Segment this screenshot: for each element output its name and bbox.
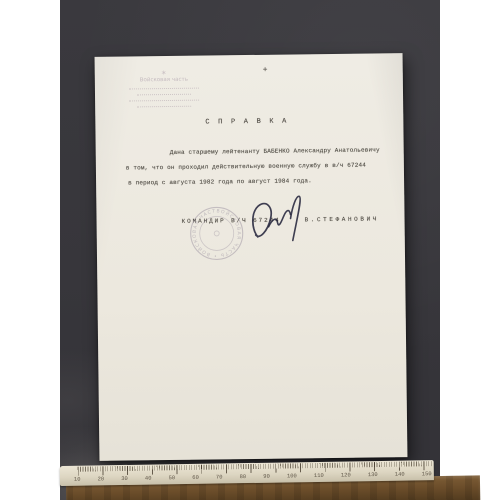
photo-listing-canvas: ✶ Войсковая часть + С П Р А В К А Дана с…	[0, 0, 500, 500]
ruler-number: 30	[121, 475, 128, 482]
ruler-number: 80	[240, 473, 247, 480]
ruler-number: 120	[341, 471, 351, 478]
body-line-2: в том, что он проходил действительную во…	[126, 162, 366, 172]
stamp-dotted-line	[137, 106, 191, 108]
stamp-dotted-line	[129, 88, 199, 90]
ruler-number: 110	[314, 472, 324, 479]
ruler-number: 90	[263, 473, 270, 480]
unit-header-stamp: ✶ Войсковая часть	[121, 70, 208, 113]
star-icon: ✶	[121, 70, 207, 78]
handwritten-signature	[246, 192, 311, 255]
body-line-1: Дана старшему лейтенанту БАБЕНКО Алексан…	[170, 146, 380, 156]
ruler-number: 10	[74, 476, 81, 483]
ruler-number: 140	[395, 471, 405, 478]
round-seal-stamp: ВОЙСКОВАЯ ЧАСТЬ • ВОЙСКОВАЯ ЧАСТЬ •	[188, 205, 245, 262]
ruler-number: 40	[145, 475, 152, 482]
ruler-number: 20	[98, 475, 105, 482]
unit-stamp-text: Войсковая часть	[140, 77, 188, 84]
ruler-number: 130	[368, 471, 378, 478]
document-paper: ✶ Войсковая часть + С П Р А В К А Дана с…	[95, 53, 408, 461]
ruler-number: 150	[422, 470, 432, 477]
wooden-ruler: 10 20 30 40 50 60 70 80 90 100 110 120 1…	[60, 460, 435, 500]
stamp-dotted-line	[137, 94, 191, 96]
commander-name: В.СТЕФАНОВИЧ	[305, 215, 380, 223]
document-title: С П Р А В К А	[205, 118, 288, 127]
ruler-number: 70	[216, 473, 223, 480]
ruler-number: 50	[169, 474, 176, 481]
stamp-dotted-line	[129, 100, 199, 102]
pen-corner-mark: +	[263, 66, 268, 75]
ruler-number: 100	[287, 472, 297, 479]
body-line-3: в период с августа 1982 года по август 1…	[128, 177, 312, 186]
ruler-number: 60	[192, 474, 199, 481]
table-surface: ✶ Войсковая часть + С П Р А В К А Дана с…	[60, 0, 440, 500]
